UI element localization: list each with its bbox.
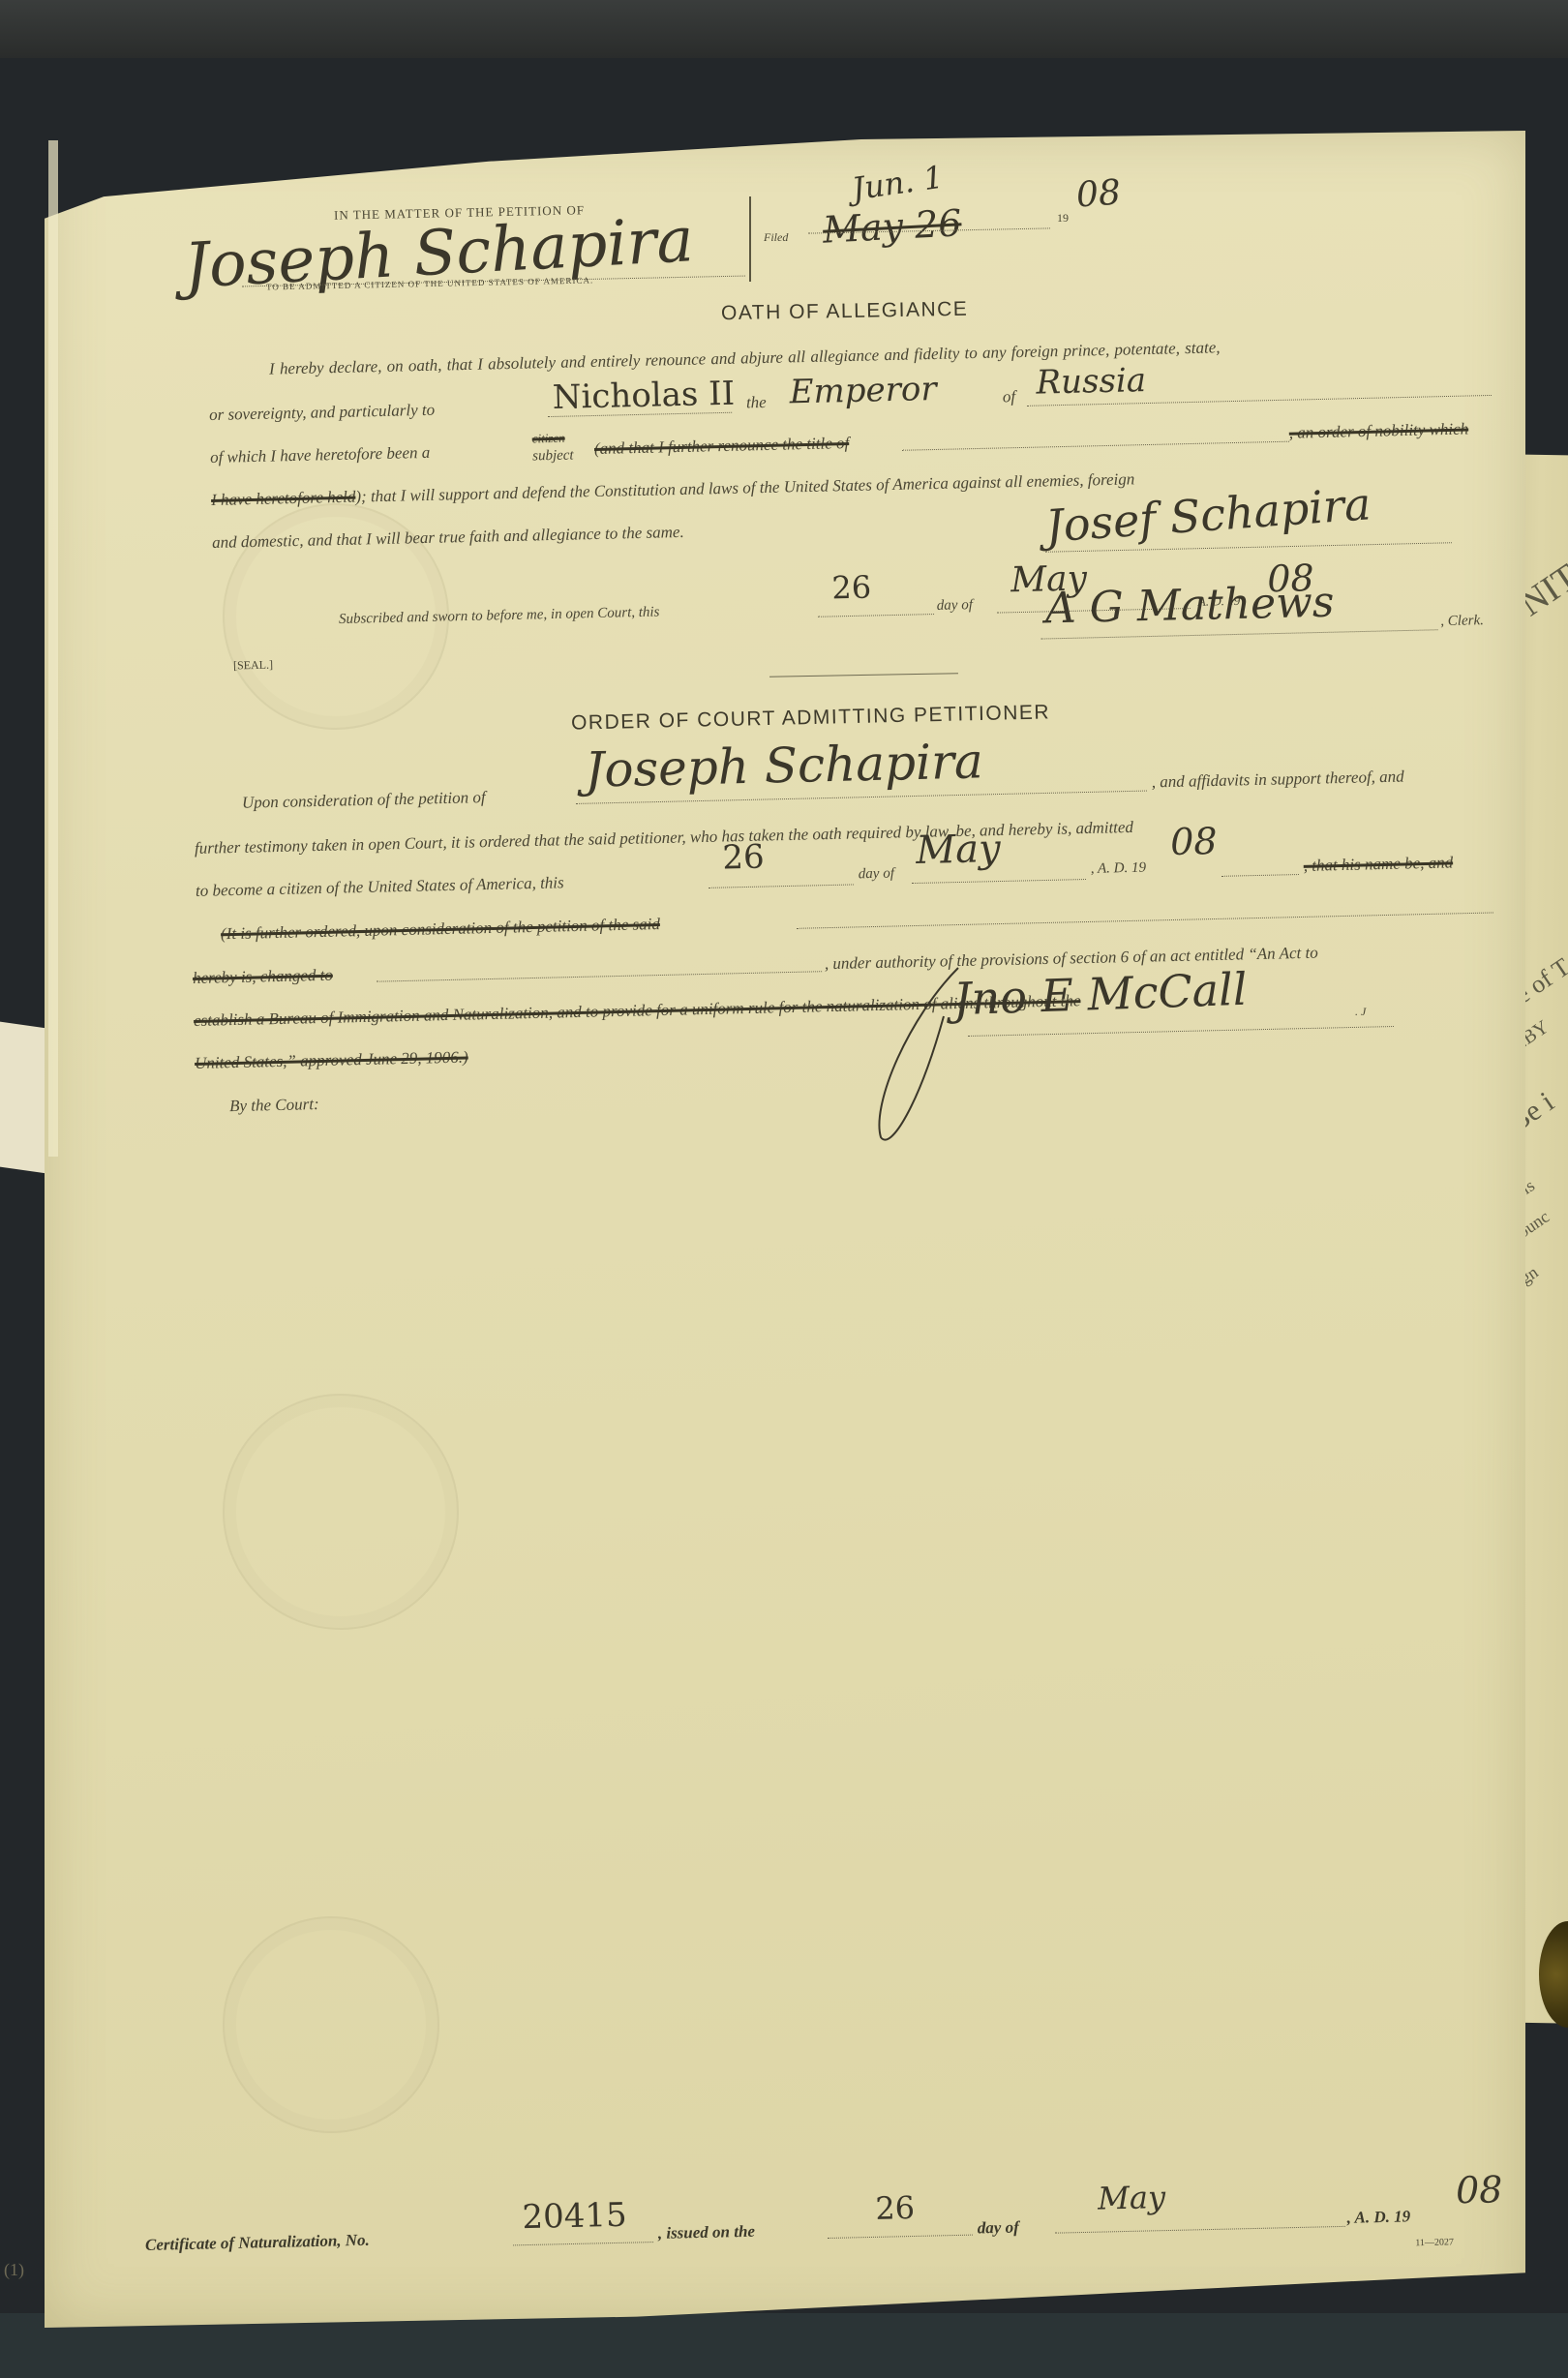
embossed-seal <box>223 1394 459 1630</box>
order-line-3-struck: , that his name be, and <box>1304 853 1454 875</box>
certificate-year-handwritten: 08 <box>1456 2168 1503 2212</box>
country-handwritten: Russia <box>1036 361 1146 403</box>
seal-label: [SEAL.] <box>233 658 273 674</box>
page-edge <box>48 140 58 1157</box>
filed-date-struck: May 26 <box>822 201 963 251</box>
admit-day-of-label: day of <box>859 866 894 884</box>
oath-the-label: the <box>746 393 767 412</box>
oath-title: OATH OF ALLEGIANCE <box>721 298 969 325</box>
certificate-issued-label: , issued on the <box>658 2222 756 2243</box>
title-handwritten: Emperor <box>789 370 937 411</box>
signature-flourish <box>852 958 1007 1152</box>
form-number: 11—2027 <box>1415 2237 1454 2248</box>
admit-day-handwritten: 26 <box>722 838 765 878</box>
filed-label: Filed <box>764 230 788 245</box>
order-petitioner-name-handwritten: Joseph Schapira <box>585 733 984 798</box>
admit-month-handwritten: May <box>916 827 1001 873</box>
order-line-5-struck: hereby is, changed to <box>193 966 333 988</box>
filed-year-prefix: 19 <box>1057 211 1069 226</box>
brace <box>749 196 751 282</box>
clerk-signature: A G Mathews <box>1044 578 1335 634</box>
judge-suffix: . J <box>1355 1005 1366 1019</box>
sworn-day-of-label: day of <box>937 597 973 615</box>
sworn-day-handwritten: 26 <box>831 569 872 607</box>
certificate-day-handwritten: 26 <box>875 2189 916 2227</box>
status-inserted: subject <box>532 447 574 465</box>
filed-year-handwritten: 08 <box>1075 172 1123 215</box>
admit-year-handwritten: 08 <box>1170 820 1218 863</box>
certificate-day-of-label: day of <box>978 2218 1019 2239</box>
background-surface <box>0 0 1568 58</box>
oath-of-label: of <box>1003 387 1016 406</box>
oath-line-2-struck: , an order of nobility which <box>1289 419 1469 442</box>
margin-mark: (1) <box>4 2260 24 2280</box>
by-the-court-label: By the Court: <box>229 1095 319 1116</box>
certificate-month-handwritten: May <box>1098 2179 1166 2217</box>
status-struck: citizen <box>532 431 565 447</box>
certificate-ad-label: , A. D. 19 <box>1346 2207 1410 2227</box>
admit-ad-label: , A. D. 19 <box>1091 860 1147 878</box>
sovereign-handwritten: Nicholas II <box>552 375 735 417</box>
clerk-label: , Clerk. <box>1440 613 1484 630</box>
embossed-seal <box>223 1916 439 2133</box>
oath-line-4-struck: I have heretofore held <box>211 488 356 509</box>
certificate-number-handwritten: 20415 <box>522 2196 627 2237</box>
